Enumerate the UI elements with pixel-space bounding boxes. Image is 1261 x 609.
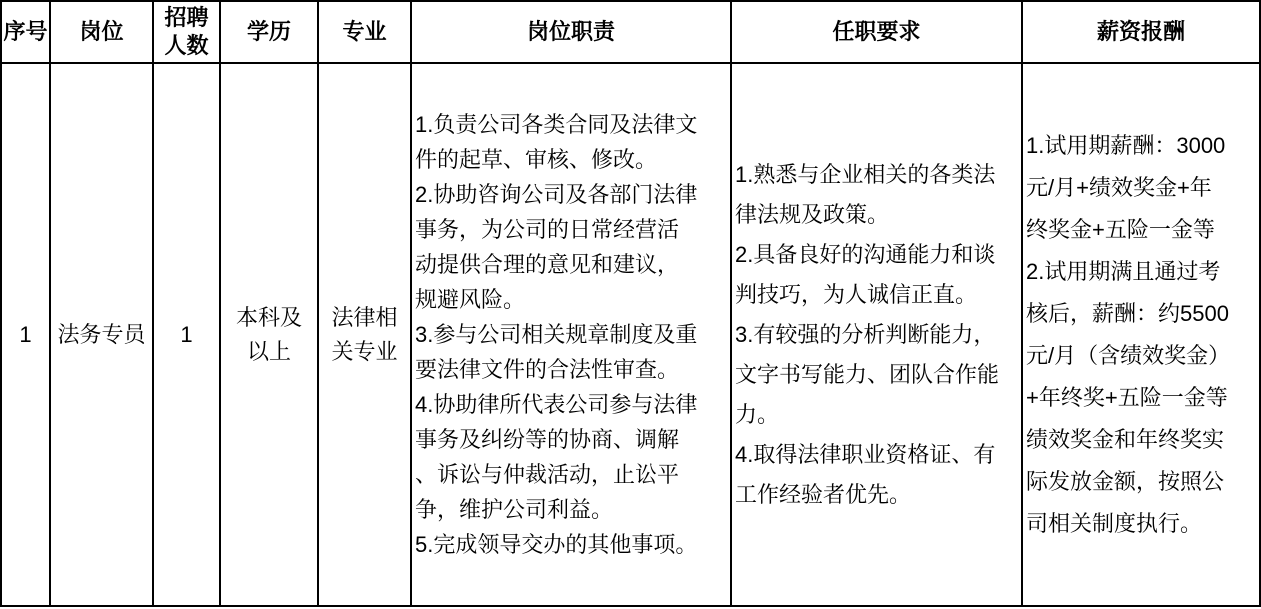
col-header-salary: 薪资报酬 <box>1022 1 1260 63</box>
cell-salary: 1.试用期薪酬：3000 元/月+绩效奖金+年 终奖金+五险一金等 2.试用期满… <box>1022 63 1260 606</box>
recruitment-table: 序号 岗位 招聘 人数 学历 专业 岗位职责 任职要求 薪资报酬 1 法务专员 … <box>0 0 1261 607</box>
cell-headcount: 1 <box>153 63 220 606</box>
col-header-major: 专业 <box>318 1 411 63</box>
cell-major: 法律相 关专业 <box>318 63 411 606</box>
cell-education: 本科及 以上 <box>220 63 318 606</box>
cell-position: 法务专员 <box>50 63 153 606</box>
table-header-row: 序号 岗位 招聘 人数 学历 专业 岗位职责 任职要求 薪资报酬 <box>1 1 1260 63</box>
cell-no: 1 <box>1 63 50 606</box>
col-header-no: 序号 <box>1 1 50 63</box>
table-row: 1 法务专员 1 本科及 以上 法律相 关专业 1.负责公司各类合同及法律文 件… <box>1 63 1260 606</box>
cell-requirements: 1.熟悉与企业相关的各类法 律法规及政策。 2.具备良好的沟通能力和谈 判技巧，… <box>731 63 1022 606</box>
col-header-education: 学历 <box>220 1 318 63</box>
col-header-requirements: 任职要求 <box>731 1 1022 63</box>
col-header-duties: 岗位职责 <box>411 1 731 63</box>
document-page: 序号 岗位 招聘 人数 学历 专业 岗位职责 任职要求 薪资报酬 1 法务专员 … <box>0 0 1261 609</box>
col-header-headcount: 招聘 人数 <box>153 1 220 63</box>
cell-duties: 1.负责公司各类合同及法律文 件的起草、审核、修改。 2.协助咨询公司及各部门法… <box>411 63 731 606</box>
col-header-position: 岗位 <box>50 1 153 63</box>
